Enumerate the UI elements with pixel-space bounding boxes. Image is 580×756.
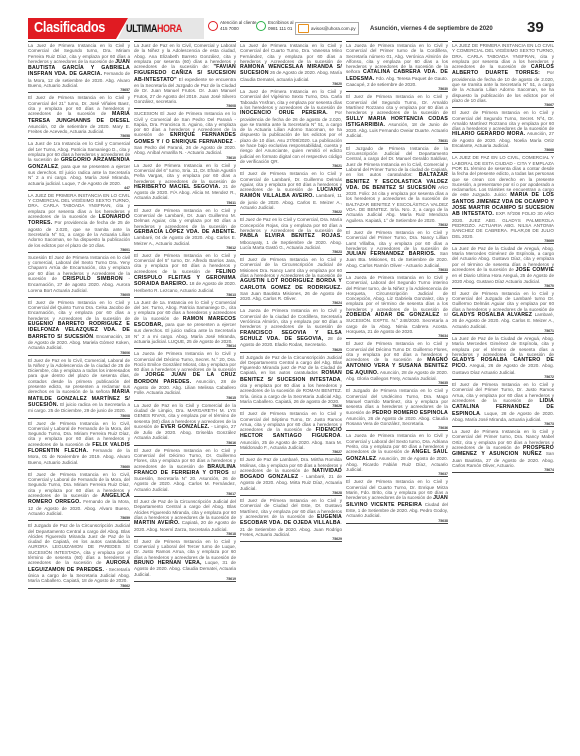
deceased-name: GERBACIA LÓPEZ VDA. DE ABENTE. — [134, 229, 236, 235]
notice-text: La Juez de Paz de la Ciudad de Areguá, A… — [452, 336, 554, 357]
deceased-name: INOCENCIO ORUE PEREIRA. — [240, 110, 328, 116]
notice-code: 75669 — [452, 239, 554, 243]
notice-text: El Juez de Primera Instancia en lo Civil… — [452, 110, 554, 131]
notice-code: 75631 — [346, 139, 448, 143]
notice-text: El Juez de Primera Instancia en lo Civil… — [452, 291, 554, 312]
notice-code: 75625 — [240, 348, 342, 352]
legal-notice: LA JUEZ DE PAZ EN LO CIVIL, COMERCIAL Y … — [452, 154, 554, 243]
notice-code: 75608 — [134, 104, 236, 108]
legal-notice: SUCESION El Juez de Primera Instancia en… — [134, 110, 236, 160]
notice-text-end: Por providencia de fecha de 26 de agosto… — [240, 110, 342, 164]
notice-code: 75668 — [452, 148, 554, 152]
legal-notice: El Juzgado de Primera Instancia en lo Ci… — [346, 387, 448, 431]
logo-part-1: ULTIMA — [126, 23, 157, 35]
contact-whatsapp: Escribinos al0981 111 01 — [256, 20, 294, 31]
column-3: La Juez de Primera Instancia en lo Civil… — [240, 41, 342, 751]
notice-text: El Juez de Primera Instancia en lo Civil… — [134, 208, 236, 229]
legal-notice: La Jueza de Primera Instancia en lo Civi… — [134, 350, 236, 400]
notice-text-end: Mbocayaty, 1 de Septiembre de 2020. Abog… — [240, 240, 342, 250]
deceased-name: HILARIO GERARDO MORA. — [452, 131, 525, 137]
newspaper-logo: ULTIMAHORA — [126, 23, 182, 35]
legal-notice: El Juez de Primera Instancia en lo Civil… — [452, 109, 554, 153]
legal-notice: El Juez de Paz en lo Civil, Comercial, L… — [28, 357, 130, 419]
notice-text-end: Areguá, 26 de Agosto de 2020. Abog. Gust… — [452, 363, 554, 374]
notice-code: 75613 — [134, 293, 236, 297]
notice-code: 75618 — [134, 532, 236, 536]
deceased-name: PEDRO ROMERO ESPINOLA — [372, 410, 448, 416]
notice-text: La Juez de Primera Instancia en lo Civil… — [134, 163, 236, 184]
contact-email: avisos@uhora.com.py — [295, 22, 359, 35]
phone-icon — [208, 21, 218, 31]
notice-code: 75617 — [134, 492, 236, 496]
legal-notice: La Jueza de Primera Instancia en lo Civi… — [346, 432, 448, 477]
legal-notice: El Juez de Primera Instancia en lo Civil… — [452, 381, 554, 427]
legal-notice: El Juez de Primera Instancia en lo Civil… — [240, 497, 342, 542]
notice-code: 75635 — [346, 381, 448, 385]
notice-code: 75622 — [240, 210, 342, 214]
legal-notice: La Juez de Primera Instancia en lo Civil… — [28, 42, 130, 93]
column-4: La Jueza de Primera Instancia en lo Civi… — [346, 41, 448, 751]
notice-text: El Juez de Paz de la Circunscripción Jud… — [134, 499, 236, 520]
notice-code: 75672 — [452, 375, 554, 379]
notice-text: LA JUEZ DE PAZ EN LO CIVIL, COMERCIAL Y … — [452, 155, 554, 197]
notice-code: 75667 — [452, 103, 554, 107]
notice-code: 75630 — [346, 87, 448, 91]
notice-code: 75674 — [452, 468, 554, 472]
page-header: Clasificados ULTIMAHORA Atención al clie… — [0, 0, 580, 40]
contact-phone-number: 415 7000 — [220, 26, 239, 31]
notice-text: El Juez de Paz en lo Civil y Comercial, … — [240, 217, 342, 233]
notice-code: 75634 — [346, 334, 448, 338]
notice-text: La Juez de Primera Instancia en lo Civil… — [240, 43, 342, 64]
deceased-name: CRISPULO SIMBRON — [63, 276, 123, 282]
legal-notice: La Jueza de Primera Instancia en lo Civi… — [346, 274, 448, 339]
deceased-name: GLADYS ROSALBA ALVAREZ — [452, 312, 532, 318]
legal-notice: LA JUEZ DE PRIMERA INSTANCIA EN LO CIVIL… — [452, 42, 554, 108]
notice-code: 75605 — [28, 293, 130, 297]
notice-text-end: Lambaré, 04 de Agosto de 2020. Abg. Carl… — [134, 235, 236, 245]
notice-code: 75627 — [240, 450, 342, 454]
whatsapp-icon — [256, 21, 266, 31]
section-title: Clasificados — [34, 19, 105, 36]
notice-code: 75606 — [28, 351, 130, 355]
notice-code: 75633 — [346, 268, 448, 272]
legal-notice: El Juez de Paz de la Circunscripción Jud… — [134, 498, 236, 537]
column-2: La Juez de Paz en lo Civil, Comercial y … — [134, 41, 236, 751]
notice-code: 75615 — [134, 396, 236, 400]
notice-text: El Juez de Primera Instancia en lo Civil… — [134, 539, 236, 560]
deceased-name: JULIAN FERNANDEZ BARRIOS. — [346, 251, 436, 257]
legal-notice: La Juez de Paz en lo Civil y Comercial d… — [134, 402, 236, 446]
legal-notice: El Juez de Primera Instancia en lo Civil… — [240, 410, 342, 455]
notice-text: El Juez de Primera Instancia en lo Civil… — [240, 257, 342, 278]
issue-date: Asunción, viernes 4 de septiembre de 202… — [370, 26, 493, 32]
legal-notice: El Juez de Primera Instancia en lo Civil… — [346, 93, 448, 143]
notice-text-end: Asunción, 02 de setiembre de 2020. Mary … — [28, 124, 130, 134]
notice-text: La Juez de Primera Instancia en lo Civil… — [240, 89, 342, 110]
deceased-name: PABLA ELVIRA BENITEZ ROJAS. — [240, 233, 342, 239]
legal-notice: El Juez de Primera Instancia en lo Civil… — [134, 207, 236, 251]
notice-code: 75620 — [240, 82, 342, 86]
legal-notice: El Juez de Primera Instancia en lo Civil… — [28, 420, 130, 470]
page-number: 39 — [527, 19, 544, 36]
contact-phone: Atención al cliente415 7000 — [208, 20, 257, 31]
legal-notice: Sucesión El Juez de Primera Instancia en… — [28, 254, 130, 298]
notice-code: 75657 — [28, 88, 130, 92]
legal-notice: El Juez de Primera Instancia en lo Civil… — [134, 447, 236, 497]
notice-text: El Juez de Primera Instancia en lo Civil… — [346, 230, 448, 251]
notice-text-end: San Juan Bautista Misiones, 26 de Agosto… — [240, 291, 342, 301]
legal-notice: La Juez de Primera Instancia en lo Civil… — [452, 428, 554, 473]
legal-notice: El Juez de Primera Instancia en lo Civil… — [28, 94, 130, 139]
legal-notice: El Juez de Primera Instancia en lo Civil… — [28, 471, 130, 521]
notice-code: 75659 — [28, 516, 130, 520]
notice-code: 75624 — [240, 301, 342, 305]
contact-email-address: avisos@uhora.com.py — [311, 26, 356, 32]
notice-code: 75626 — [240, 404, 342, 408]
deceased-name: HERIBERTO MACIEL SEGOVIA. — [134, 184, 220, 190]
notice-code: 75621 — [240, 164, 342, 168]
legal-notice: El Juez de Primera Instancia en lo Civil… — [240, 256, 342, 306]
notice-code: 75638 — [346, 519, 448, 523]
column-1: La Juez de Primera Instancia en lo Civil… — [28, 41, 130, 751]
legal-notice: El Juez de Paz de Lambaré, Dra. Mirtha R… — [240, 456, 342, 496]
legal-notice: El Juez de Primera Instancia en lo Civil… — [240, 170, 342, 215]
notice-code: 447 — [28, 186, 130, 190]
notice-code: 75636 — [346, 426, 448, 430]
legal-notice: LA JUEZ DE PRIMERA INSTANCIA EN LO CIVIL… — [28, 192, 130, 253]
deceased-name: AGUSTIN LOT RODRIGUEZ BORDA Y CARLOTA GO… — [240, 278, 342, 290]
legal-notice: La Juez de Primera Instancia en lo Civil… — [240, 88, 342, 169]
notice-code: 75612 — [134, 246, 236, 250]
deceased-name: EVER GONZALEZ. — [161, 424, 210, 430]
contact-whatsapp-number: 0981 111 01 — [268, 26, 292, 31]
notice-code: 75671 — [452, 329, 554, 333]
notice-code: 75616 — [134, 441, 236, 445]
legal-notice: La Juez de Paz de la Ciudad de Areguá, A… — [452, 245, 554, 289]
notice-text-end: en el Diario Ultima Hora Areguá, 25 de A… — [452, 273, 554, 283]
notice-code: 75632 — [346, 223, 448, 227]
legal-notice: La Juez de Primera Instancia en lo Civil… — [240, 42, 342, 87]
notice-code: 75611 — [134, 201, 236, 205]
notice-code: 75660 — [28, 465, 130, 469]
legal-notice: La Juez de 1a. Instancia en lo Civil y C… — [134, 299, 236, 349]
notice-text: La Jueza de Primera Instancia en lo Civi… — [240, 308, 342, 329]
legal-notice: El Juez de Primera Instancia en lo Civil… — [134, 252, 236, 298]
notice-code: 75623 — [240, 250, 342, 254]
notice-code: 75670 — [452, 284, 554, 288]
legal-notice: La Juez de Paz en lo Civil, Comercial y … — [134, 42, 236, 109]
deceased-name: BRUNO HERNAN VERA, — [134, 560, 202, 566]
notice-code: 75614 — [134, 344, 236, 348]
contact-whatsapp-label: Escribinos al — [268, 20, 294, 25]
mail-icon — [298, 24, 309, 33]
legal-notice: La Juez de Paz de la Ciudad de Areguá, A… — [452, 335, 554, 380]
notice-code: 75608 — [28, 414, 130, 418]
legal-notice: El Juez de Primera Instancia en lo Civil… — [346, 340, 448, 386]
notice-text-end: Asunción, 26 de Agosto de 2020. Abog. Cl… — [346, 416, 448, 426]
notice-code: 75601 — [28, 248, 130, 252]
legal-notice: El Juzgado de Primera Instancia de la Ci… — [346, 145, 448, 228]
notice-code: 75637 — [346, 472, 448, 476]
notice-code: 75610 — [134, 156, 236, 160]
classifieds-columns: La Juez de Primera Instancia en lo Civil… — [28, 41, 554, 751]
notice-text: El Juez de Primera Instancia en lo Civil… — [28, 300, 130, 321]
notice-code: 75628 — [240, 491, 342, 495]
deceased-name: JOSE COMVIE — [516, 267, 554, 273]
legal-notice: El Juzgado de Paz de la Circunscripción … — [240, 354, 342, 410]
notice-text: La Jueza de Primera Instancia en lo Civi… — [346, 275, 448, 312]
notice-text-end: AÑO 2020. Folio: 24 cita y emplaza por s… — [346, 185, 448, 223]
legal-notice: La Juez de 1ra Instancia en lo Civil y C… — [28, 140, 130, 190]
notice-code: 75619 — [134, 577, 236, 581]
legal-notice: El Juez de Primera Instancia en lo Civil… — [134, 538, 236, 582]
legal-notice: El Juez de Primera Instancia en lo Civil… — [452, 290, 554, 334]
legal-notice: La Jueza de Primera Instancia en lo Civi… — [346, 42, 448, 92]
notice-code: 75673 — [452, 422, 554, 426]
notice-text: El Juzgado de Paz de la Circunscripción … — [28, 523, 130, 565]
legal-notice: El Juez de Paz en lo Civil y Comercial, … — [240, 216, 342, 255]
notice-code: 75629 — [240, 537, 342, 541]
legal-notice: La Jueza de Primera Instancia en lo Civi… — [240, 307, 342, 352]
legal-notice: El Juez de Primera Instancia en lo Civil… — [346, 478, 448, 523]
column-5: LA JUEZ DE PRIMERA INSTANCIA EN LO CIVIL… — [452, 41, 554, 751]
deceased-name: MARTIN AVEIRO. — [134, 520, 180, 526]
logo-part-2: HORA — [157, 23, 182, 35]
legal-notice: El Juzgado de Paz de la Circunscripción … — [28, 522, 130, 588]
legal-notice: El Juez de Primera Instancia en lo Civil… — [28, 299, 130, 356]
notice-text: El Juez de Primera Instancia en lo Civil… — [346, 94, 448, 115]
notice-code: 75662 — [28, 584, 130, 588]
legal-notice: El Juez de Primera Instancia en lo Civil… — [346, 229, 448, 273]
legal-notice: La Juez de Primera Instancia en lo Civil… — [134, 162, 236, 206]
contact-phone-label: Atención al cliente — [220, 20, 257, 25]
notice-code: 75658 — [28, 134, 130, 138]
